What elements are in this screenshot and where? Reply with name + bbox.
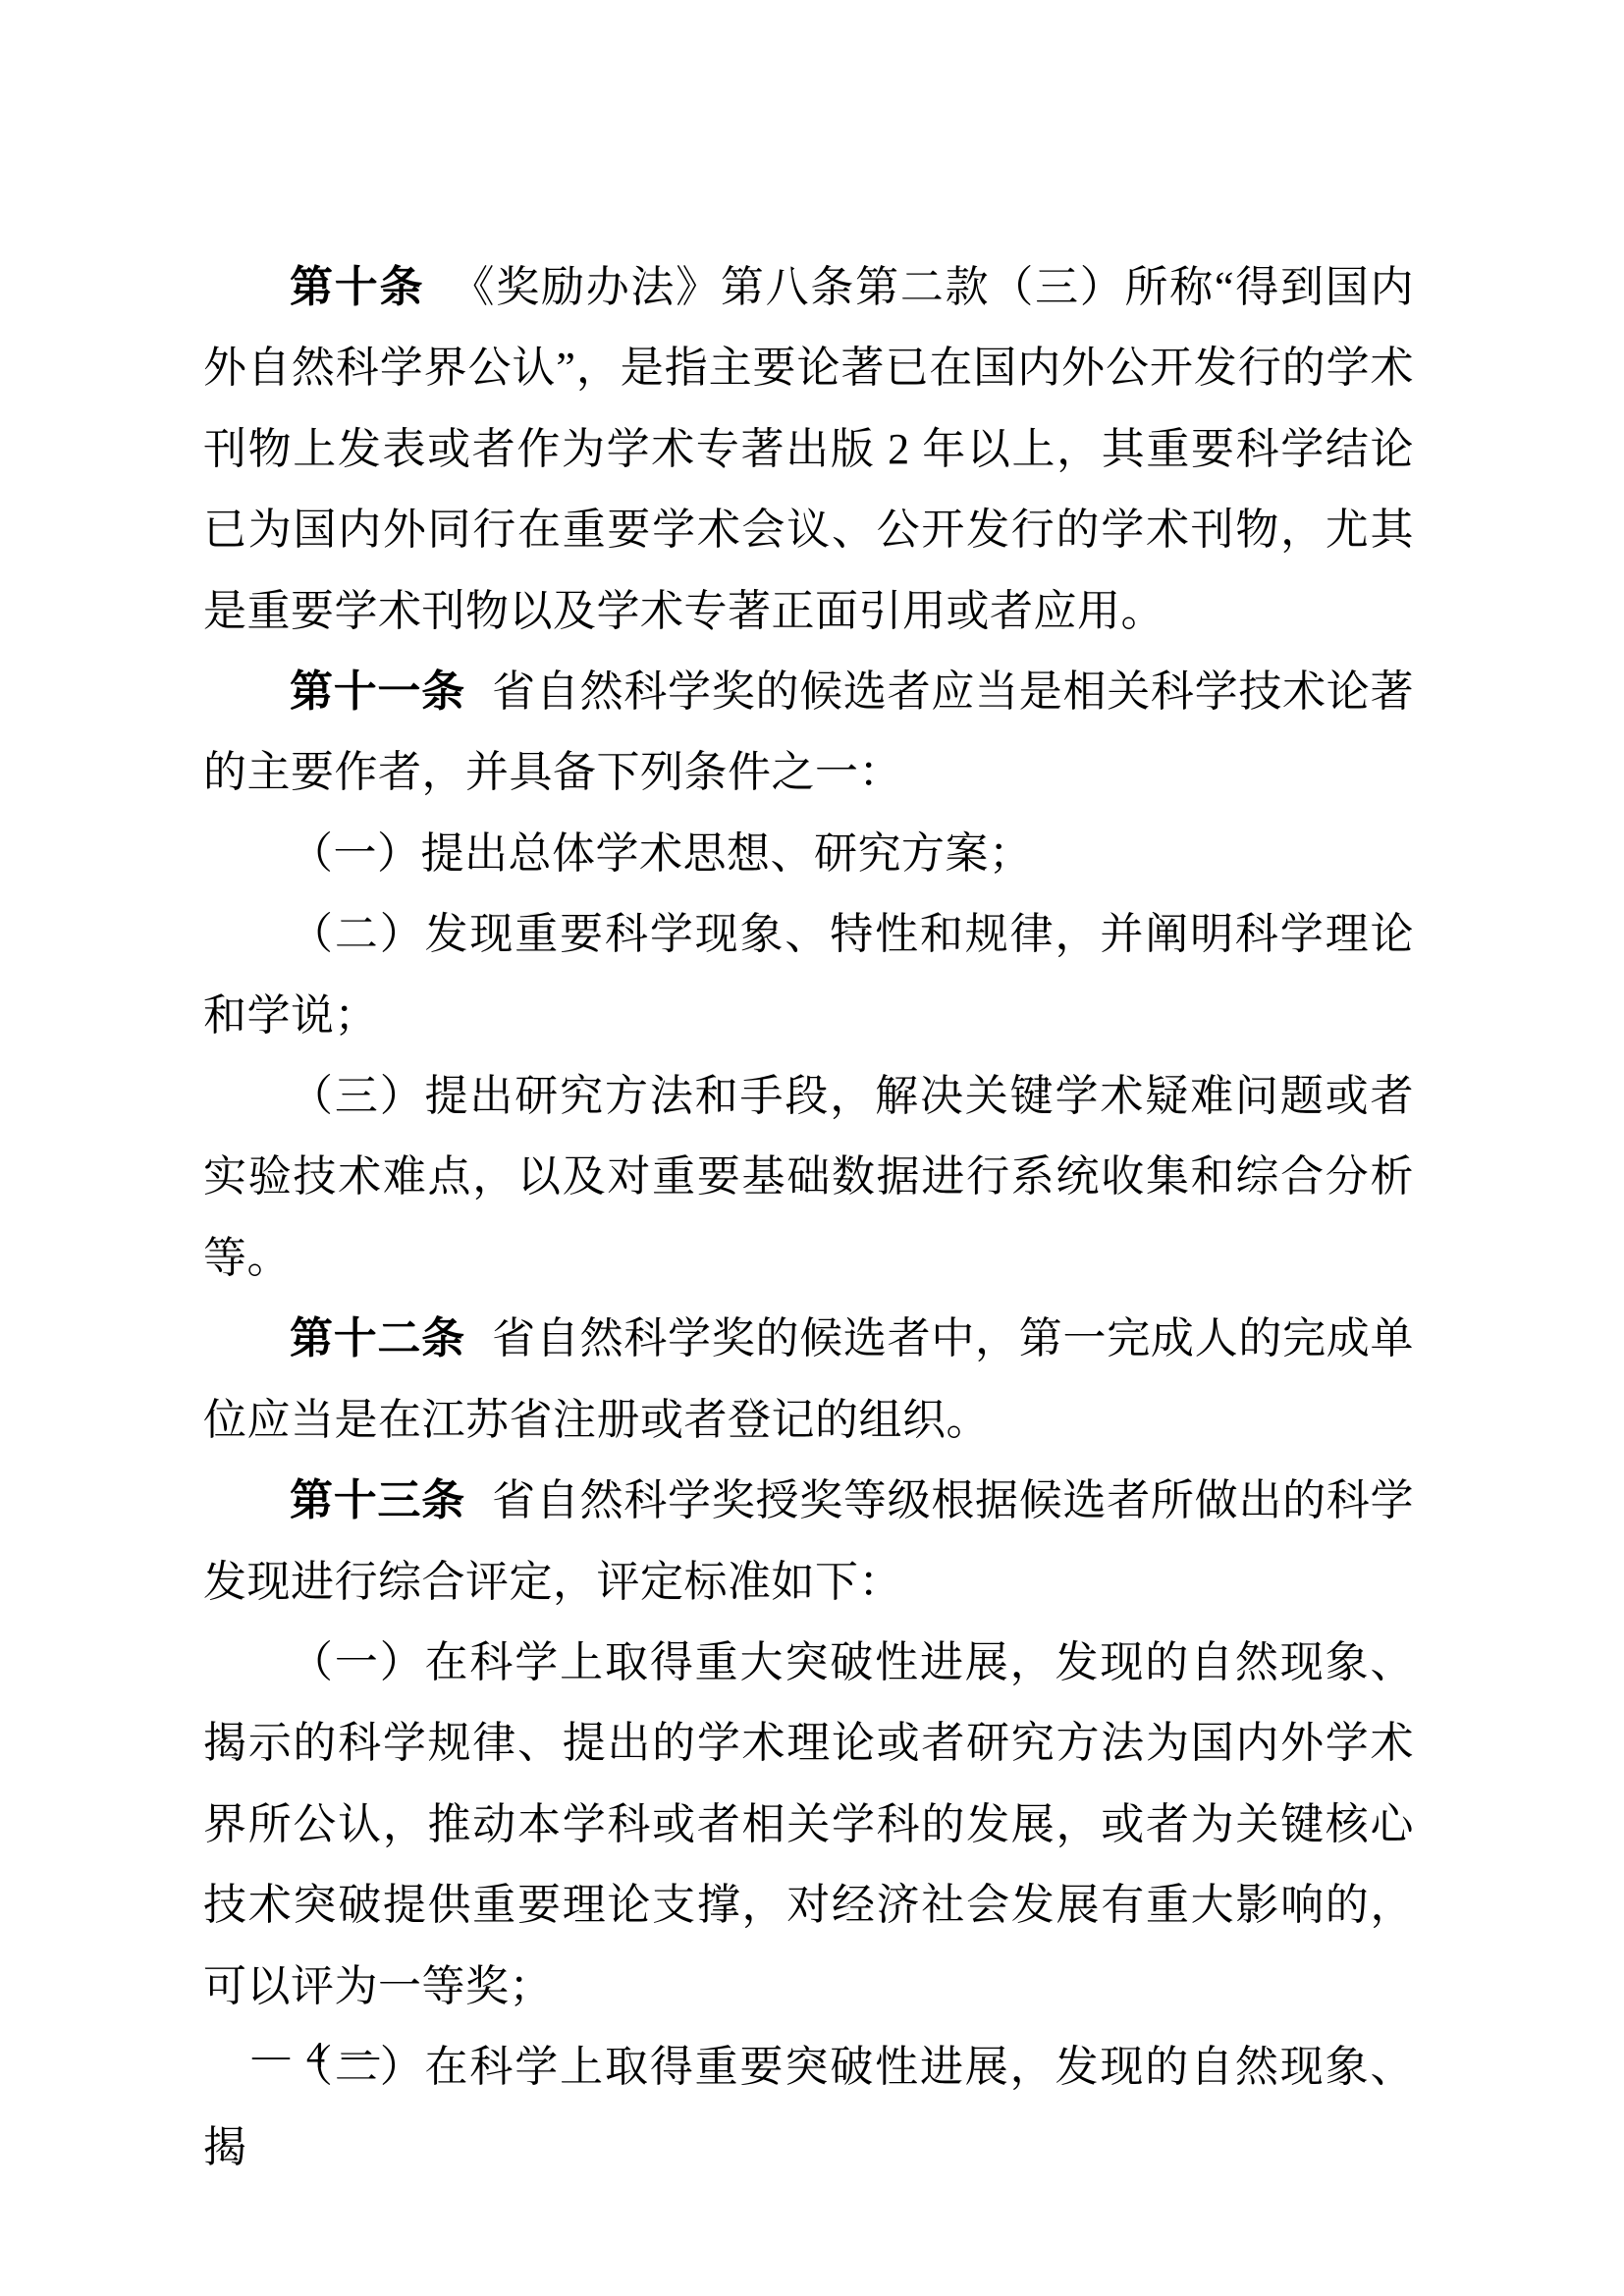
article-11-number: 第十一条 <box>290 667 465 716</box>
article-13-number: 第十三条 <box>290 1476 465 1524</box>
footer-page-number: 4 <box>306 2034 325 2077</box>
paragraph-article-11-item-2: （二）发现重要科学现象、特性和规律，并阐明科学理论和学说； <box>203 894 1414 1056</box>
article-12-number: 第十二条 <box>290 1314 465 1362</box>
paragraph-article-13-item-1: （一）在科学上取得重大突破性进展，发现的自然现象、揭示的科学规律、提出的学术理论… <box>203 1623 1414 2027</box>
document-body-text: 第十条《奖励办法》第八条第二款（三）所称“得到国内外自然科学界公认”，是指主要论… <box>203 247 1414 2189</box>
paragraph-article-13-item-2: （二）在科学上取得重要突破性进展，发现的自然现象、揭 <box>203 2027 1414 2189</box>
document-page: 第十条《奖励办法》第八条第二款（三）所称“得到国内外自然科学界公认”，是指主要论… <box>0 0 1624 2296</box>
paragraph-article-11: 第十一条省自然科学奖的候选者应当是相关科学技术论著的主要作者，并具备下列条件之一… <box>203 652 1414 814</box>
article-10-text: 《奖励办法》第八条第二款（三）所称“得到国内外自然科学界公认”，是指主要论著已在… <box>203 263 1414 635</box>
footer-left-dash: — <box>252 2034 290 2077</box>
footer-right-dash: — <box>342 2034 379 2077</box>
paragraph-article-13: 第十三条省自然科学奖授奖等级根据候选者所做出的科学发现进行综合评定，评定标准如下… <box>203 1461 1414 1623</box>
article-13-item-2-text: （二）在科学上取得重要突破性进展，发现的自然现象、揭 <box>203 2043 1414 2171</box>
paragraph-article-11-item-3: （三）提出研究方法和手段，解决关键学术疑难问题或者实验技术难点，以及对重要基础数… <box>203 1056 1414 1299</box>
article-11-item-3-text: （三）提出研究方法和手段，解决关键学术疑难问题或者实验技术难点，以及对重要基础数… <box>203 1072 1414 1282</box>
paragraph-article-10: 第十条《奖励办法》第八条第二款（三）所称“得到国内外自然科学界公认”，是指主要论… <box>203 247 1414 652</box>
article-11-item-1-text: （一）提出总体学术思想、研究方案； <box>290 829 1033 878</box>
article-11-item-2-text: （二）发现重要科学现象、特性和规律，并阐明科学理论和学说； <box>203 910 1414 1039</box>
paragraph-article-11-item-1: （一）提出总体学术思想、研究方案； <box>203 814 1414 894</box>
article-13-item-1-text: （一）在科学上取得重大突破性进展，发现的自然现象、揭示的科学规律、提出的学术理论… <box>203 1638 1414 2010</box>
article-10-number: 第十条 <box>290 263 424 311</box>
paragraph-article-12: 第十二条省自然科学奖的候选者中，第一完成人的完成单位应当是在江苏省注册或者登记的… <box>203 1299 1414 1461</box>
page-footer: — 4 — <box>252 2034 379 2077</box>
